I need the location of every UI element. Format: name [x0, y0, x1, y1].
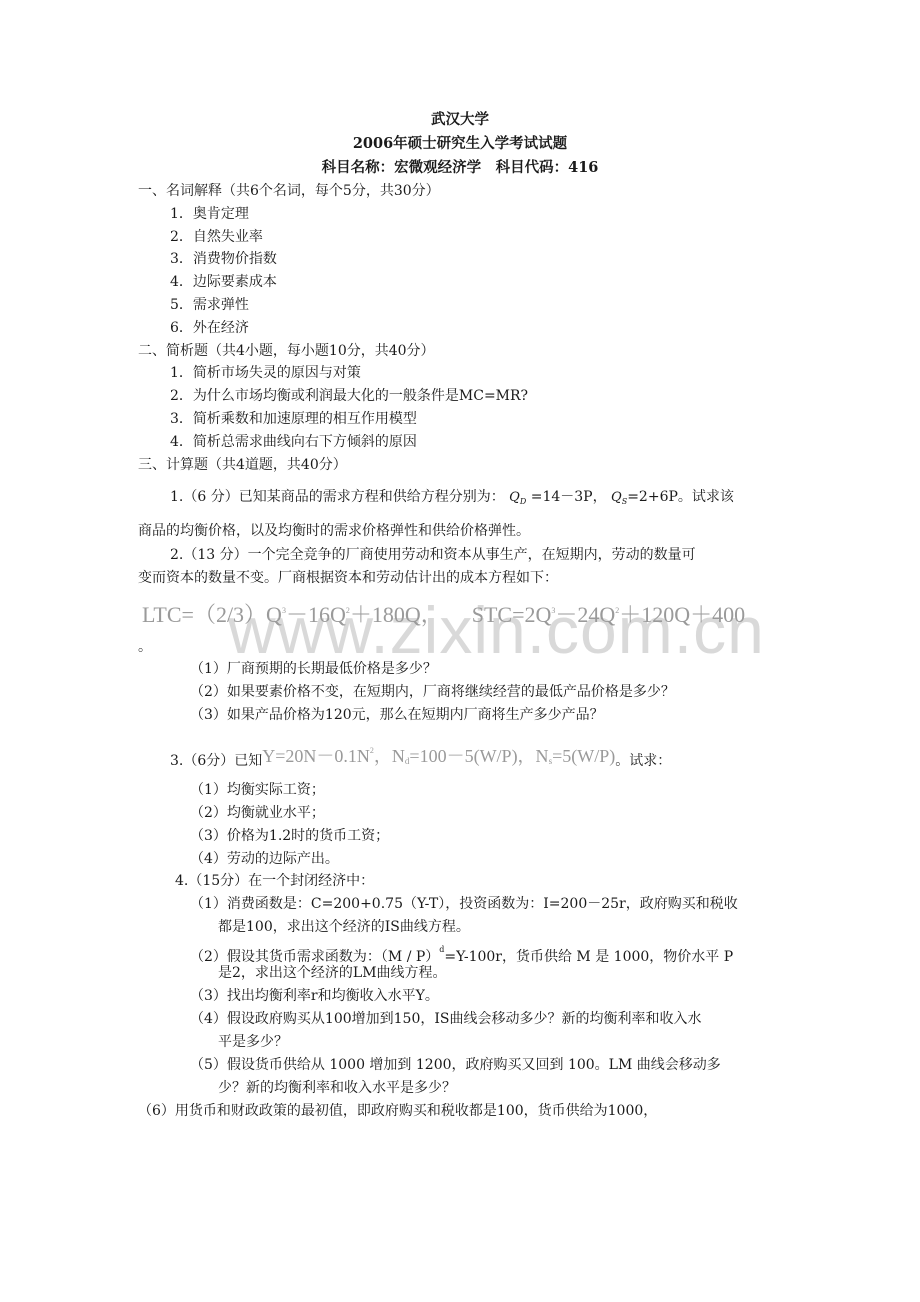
- qd-symbol: Q: [509, 490, 520, 505]
- ltc-part-b: －16Q: [286, 602, 346, 627]
- q2-sub: （3）如果产品价格为120元，那么在短期内厂商将生产多少产品？: [190, 706, 604, 724]
- exam-title: 2006年硕士研究生入学考试试题: [0, 134, 920, 154]
- q1-prefix: 1.（6 分）已知某商品的需求方程和供给方程分别为：: [170, 489, 505, 505]
- ltc-part-a: LTC=（2/3）Q: [142, 602, 282, 627]
- q3-sub: （4）劳动的边际产出。: [190, 850, 339, 868]
- labor-demand: =100－5(W/P)，N: [409, 746, 548, 766]
- section1-heading: 一、名词解释（共6个名词，每个5分，共30分）: [138, 182, 440, 200]
- q3-sub: （1）均衡实际工资；: [190, 781, 325, 799]
- q4-sub4-line2: 平是多少？: [218, 1033, 288, 1051]
- section3-heading: 三、计算题（共4道题，共40分）: [138, 456, 347, 474]
- subject-line: 科目名称：宏微观经济学 科目代码：416: [0, 158, 920, 178]
- q2-sub: （1）厂商预期的长期最低价格是多少？: [190, 660, 437, 678]
- q3-line: 3.（6分）已知Y=20N－0.1N2，Nd=100－5(W/P)，Ns=5(W…: [170, 742, 671, 770]
- stc-part-c: ＋120Q＋400: [619, 602, 745, 627]
- q2-line1: 2.（13 分）一个完全竞争的厂商使用劳动和资本从事生产，在短期内，劳动的数量可: [170, 546, 696, 564]
- q3-suffix: 。试求：: [615, 753, 671, 769]
- q4-sub6: （6）用货币和财政政策的最初值，即政府购买和税收都是100，货币供给为1000，: [138, 1102, 657, 1120]
- qs-equation: =2+6P。试求该: [627, 489, 734, 505]
- q3-sub: （3）价格为1.2时的货币工资；: [190, 827, 389, 845]
- q4-sub1-line1: （1）消费函数是：C=200+0.75（Y-T），投资函数为：I=200－25r…: [190, 895, 738, 913]
- section1-item: 3．消费物价指数: [170, 250, 277, 268]
- q4-sub5-line1: （5）假设货币供给从 1000 增加到 1200，政府购买又回到 100。LM …: [190, 1056, 721, 1074]
- q4-sub3: （3）找出均衡利率r和均衡收入水平Y。: [190, 987, 439, 1005]
- cost-formula: LTC=（2/3）Q3－16Q2＋180Q， STC=2Q3－24Q2＋120Q…: [142, 598, 745, 628]
- q4-sub5-line2: 少？新的均衡利率和收入水平是多少？: [218, 1079, 456, 1097]
- section1-item: 6．外在经济: [170, 319, 249, 337]
- qd-equation: =14－3P，: [531, 489, 607, 505]
- labor-supply: =5(W/P): [552, 746, 615, 766]
- qs-symbol: Q: [611, 490, 622, 505]
- section2-heading: 二、简析题（共4小题，每小题10分，共40分）: [138, 342, 435, 360]
- q1-line1: 1.（6 分）已知某商品的需求方程和供给方程分别为： QD =14－3P， QS…: [170, 488, 734, 511]
- q4-sub2-pre: （2）假设其货币需求函数为：（M / P）: [190, 949, 439, 965]
- q3-formula: Y=20N－0.1N2，Nd=100－5(W/P)，Ns=5(W/P): [262, 746, 615, 766]
- section2-item: 1．简析市场失灵的原因与对策: [170, 364, 361, 382]
- q4-sub2-post: =Y-100r，货币供给 M 是 1000，物价水平 P: [444, 949, 733, 965]
- q4-heading: 4.（15分）在一个封闭经济中：: [175, 872, 374, 890]
- q4-sub1-line2: 都是100，求出这个经济的IS曲线方程。: [218, 918, 470, 936]
- q3-sub: （2）均衡就业水平；: [190, 804, 325, 822]
- q4-sub2-line1: （2）假设其货币需求函数为：（M / P）d=Y-100r，货币供给 M 是 1…: [190, 941, 733, 966]
- q2-sub: （2）如果要素价格不变，在短期内，厂商将继续经营的最低产品价格是多少？: [190, 683, 675, 701]
- section2-item: 2．为什么市场均衡或利润最大化的一般条件是MC=MR?: [170, 387, 528, 405]
- q1-line2: 商品的均衡价格，以及均衡时的需求价格弹性和供给价格弹性。: [138, 522, 530, 540]
- section2-item: 4．简析总需求曲线向右下方倾斜的原因: [170, 433, 417, 451]
- q4-sub2-line2: 是2，求出这个经济的LM曲线方程。: [218, 964, 447, 982]
- section1-item: 4．边际要素成本: [170, 273, 277, 291]
- university-title: 武汉大学: [0, 110, 920, 130]
- q2-period: 。: [138, 638, 152, 656]
- exam-page: www.zixin.com.cn 武汉大学 2006年硕士研究生入学考试试题 科…: [0, 0, 920, 1302]
- section2-item: 3．简析乘数和加速原理的相互作用模型: [170, 410, 417, 428]
- q4-sub4-line1: （4）假设政府购买从100增加到150，IS曲线会移动多少？新的均衡利率和收入水: [190, 1010, 701, 1028]
- q2-line2: 变而资本的数量不变。厂商根据资本和劳动估计出的成本方程如下：: [138, 569, 558, 587]
- section1-item: 5．需求弹性: [170, 296, 249, 314]
- qd-subscript: D: [520, 497, 526, 506]
- section1-item: 1．奥肯定理: [170, 205, 249, 223]
- nd-label: ，N: [374, 746, 405, 766]
- stc-part-a: STC=2Q: [472, 602, 552, 627]
- stc-part-b: －24Q: [555, 602, 615, 627]
- section1-item: 2．自然失业率: [170, 228, 263, 246]
- production-function: Y=20N－0.1N: [262, 746, 370, 766]
- ltc-part-c: ＋180Q，: [350, 602, 443, 627]
- q3-prefix: 3.（6分）已知: [170, 753, 262, 769]
